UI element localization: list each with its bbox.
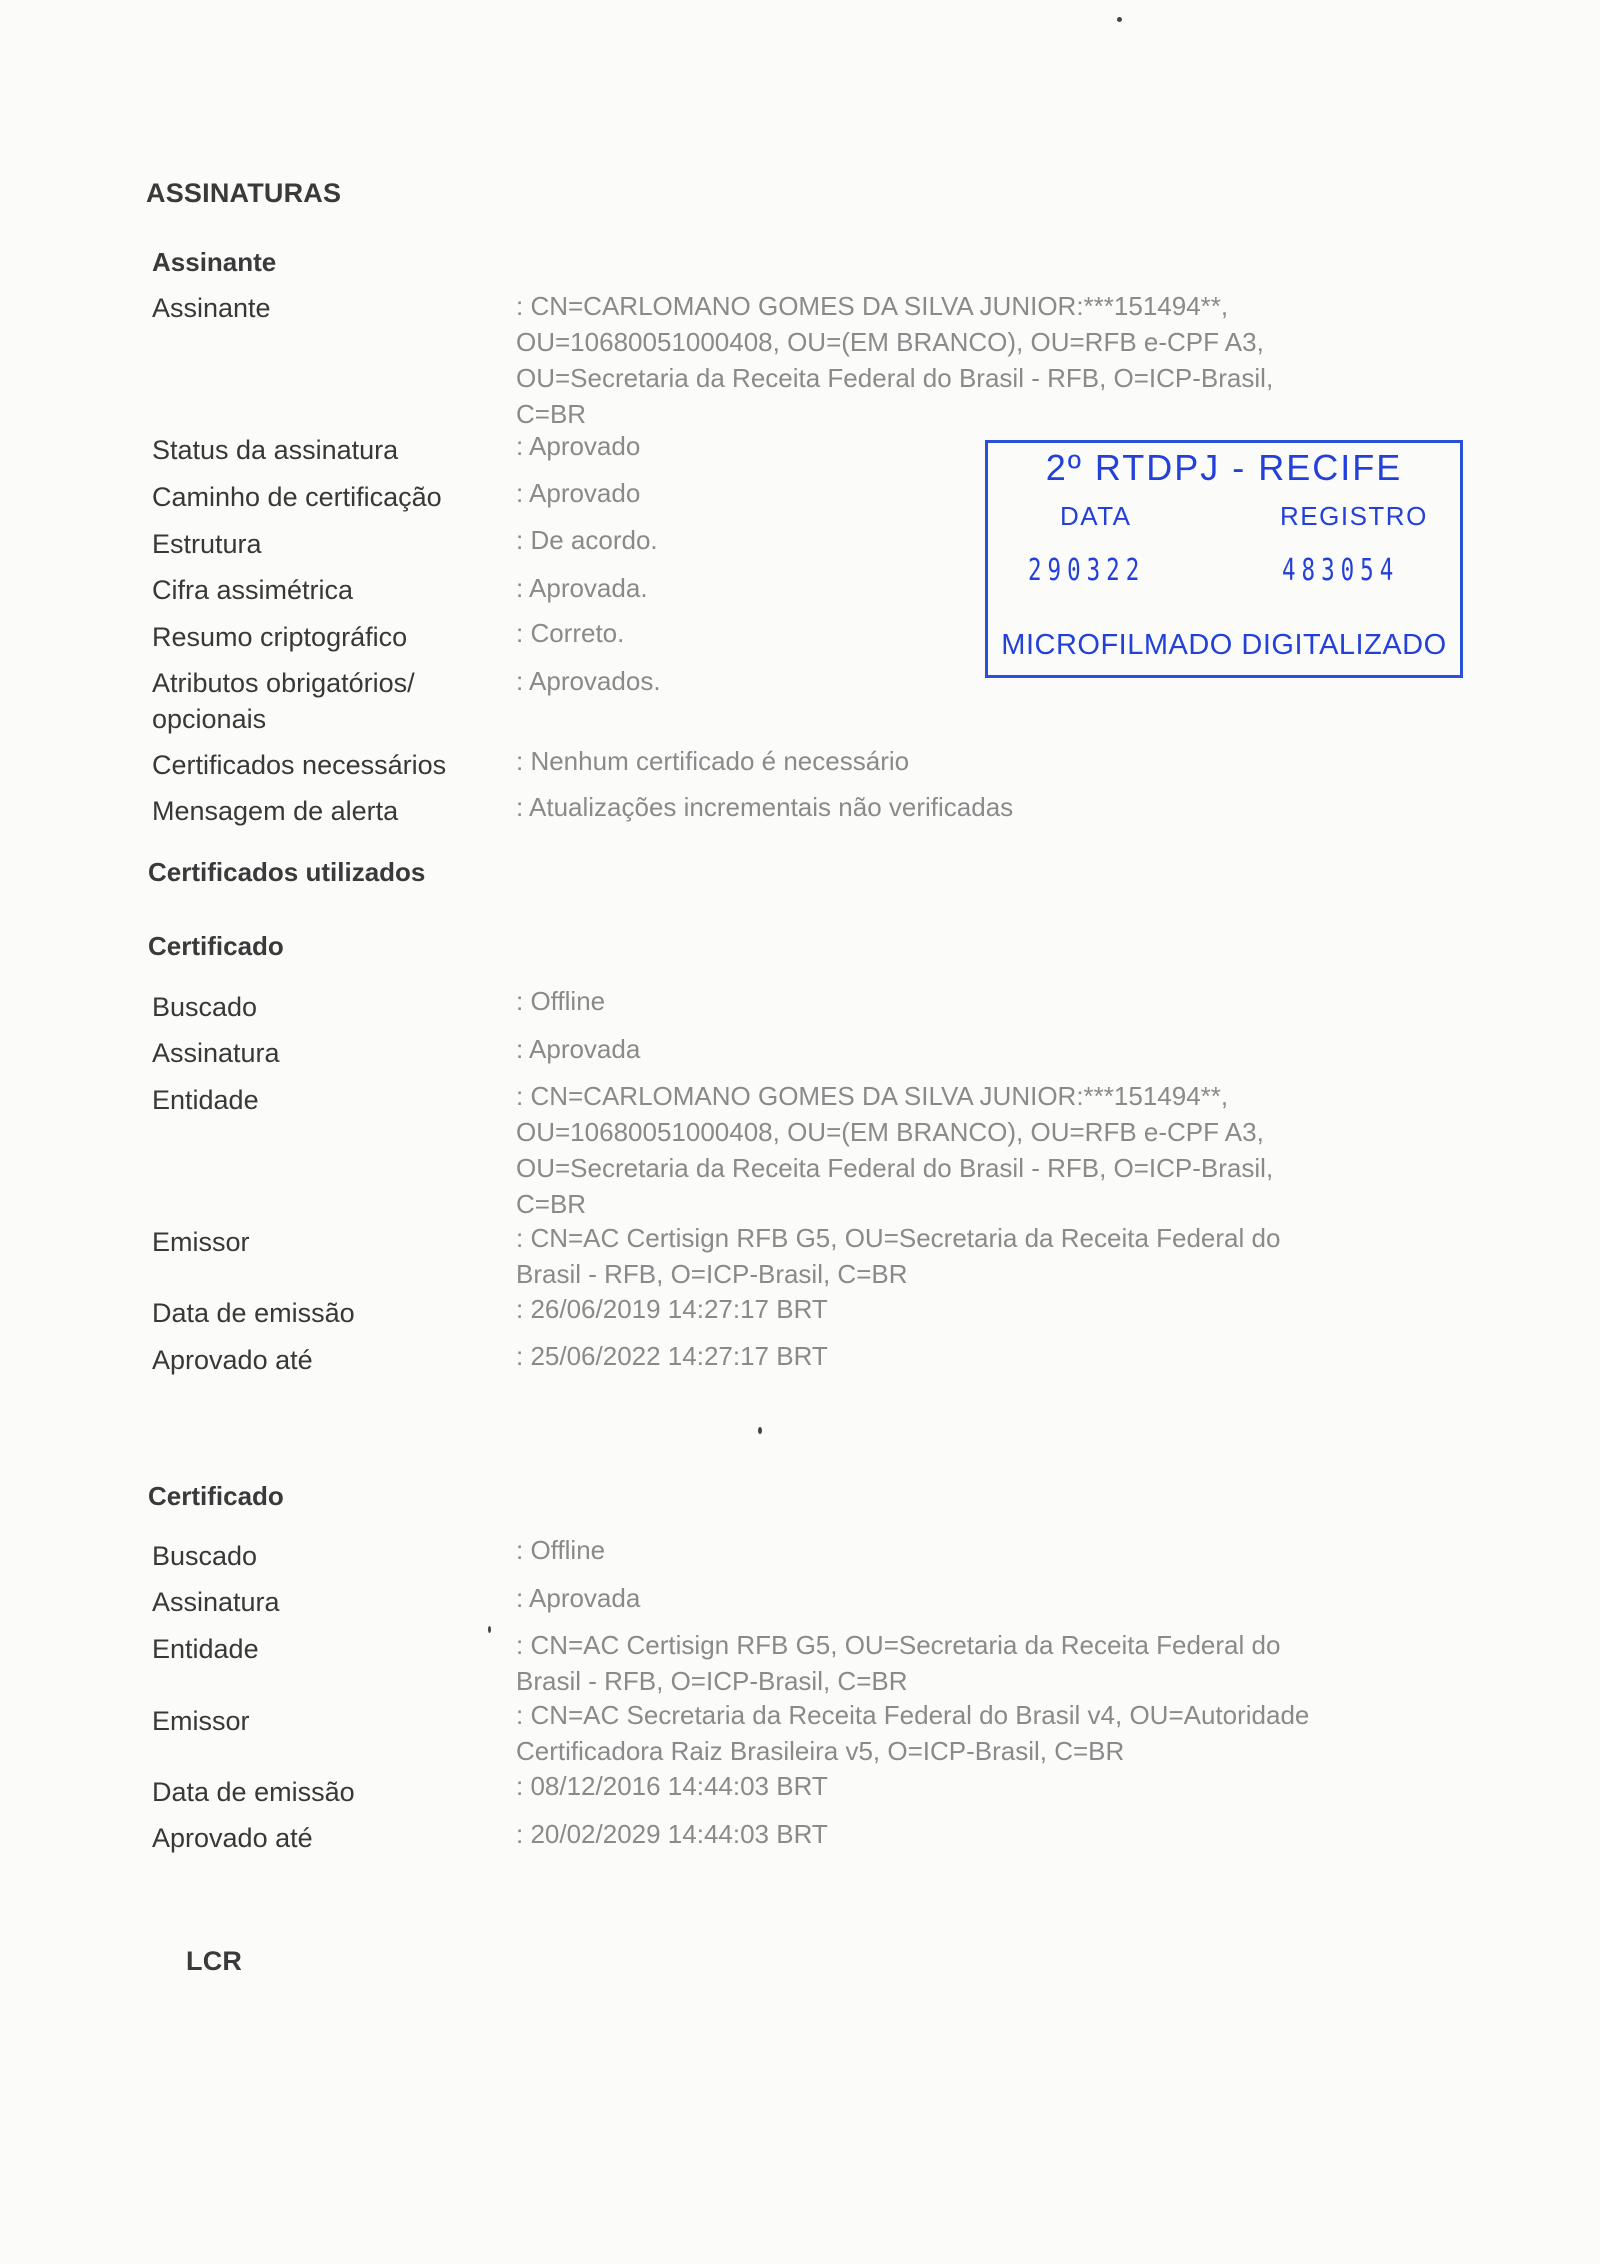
field-label: Aprovado até xyxy=(152,1820,492,1856)
section-title-assinaturas: ASSINATURAS xyxy=(146,178,341,209)
field-value: : CN=CARLOMANO GOMES DA SILVA JUNIOR:***… xyxy=(516,288,1426,432)
field-label: Assinatura xyxy=(152,1035,492,1071)
field-label: Buscado xyxy=(152,989,492,1025)
field-label: Data de emissão xyxy=(152,1774,492,1810)
field-value: : CN=AC Secretaria da Receita Federal do… xyxy=(516,1697,1426,1769)
field-value: : Atualizações incrementais não verifica… xyxy=(516,789,1426,825)
stamp-title: 2º RTDPJ - RECIFE xyxy=(988,447,1460,489)
stamp-registry-label: REGISTRO xyxy=(1280,501,1428,532)
field-value: : 25/06/2022 14:27:17 BRT xyxy=(516,1338,1426,1374)
registry-stamp: 2º RTDPJ - RECIFE DATA REGISTRO 290322 4… xyxy=(985,440,1463,678)
field-label: Resumo criptográfico xyxy=(152,619,492,655)
field-value: : 26/06/2019 14:27:17 BRT xyxy=(516,1291,1426,1327)
lcr-heading: LCR xyxy=(186,1946,242,1977)
field-label: Assinatura xyxy=(152,1584,492,1620)
certificate-heading: Certificado xyxy=(148,1481,284,1512)
field-label: Mensagem de alerta xyxy=(152,793,492,829)
stamp-date-label: DATA xyxy=(1060,501,1131,532)
field-value: : Nenhum certificado é necessário xyxy=(516,743,1426,779)
field-label: Status da assinatura xyxy=(152,432,492,468)
stamp-date-value: 290322 xyxy=(1028,553,1145,588)
field-label: Assinante xyxy=(152,290,492,326)
field-label: Data de emissão xyxy=(152,1295,492,1331)
field-value: : Offline xyxy=(516,983,1426,1019)
field-value: : CN=CARLOMANO GOMES DA SILVA JUNIOR:***… xyxy=(516,1078,1426,1222)
field-label: Certificados necessários xyxy=(152,747,492,783)
field-value: : Aprovada xyxy=(516,1580,1426,1616)
field-label: Caminho de certificação xyxy=(152,479,492,515)
field-label: Buscado xyxy=(152,1538,492,1574)
field-value: : 20/02/2029 14:44:03 BRT xyxy=(516,1816,1426,1852)
field-label: Aprovado até xyxy=(152,1342,492,1378)
scan-speck xyxy=(488,1626,491,1633)
stamp-registry-value: 483054 xyxy=(1282,553,1399,588)
certificates-heading: Certificados utilizados xyxy=(148,857,425,888)
field-label: Entidade xyxy=(152,1082,492,1118)
field-label: Emissor xyxy=(152,1703,492,1739)
field-label: Emissor xyxy=(152,1224,492,1260)
field-value: : Aprovada xyxy=(516,1031,1426,1067)
scan-speck xyxy=(758,1427,762,1434)
certificate-heading: Certificado xyxy=(148,931,284,962)
field-label: Cifra assimétrica xyxy=(152,572,492,608)
scan-speck xyxy=(1117,17,1122,22)
field-label: Entidade xyxy=(152,1631,492,1667)
stamp-footer: MICROFILMADO DIGITALIZADO xyxy=(988,629,1460,662)
field-label: Estrutura xyxy=(152,526,492,562)
field-value: : 08/12/2016 14:44:03 BRT xyxy=(516,1768,1426,1804)
field-value: : CN=AC Certisign RFB G5, OU=Secretaria … xyxy=(516,1220,1426,1292)
field-label: Atributos obrigatórios/ opcionais xyxy=(152,665,492,737)
field-value: : CN=AC Certisign RFB G5, OU=Secretaria … xyxy=(516,1627,1426,1699)
field-value: : Offline xyxy=(516,1532,1426,1568)
signer-heading: Assinante xyxy=(152,247,276,278)
